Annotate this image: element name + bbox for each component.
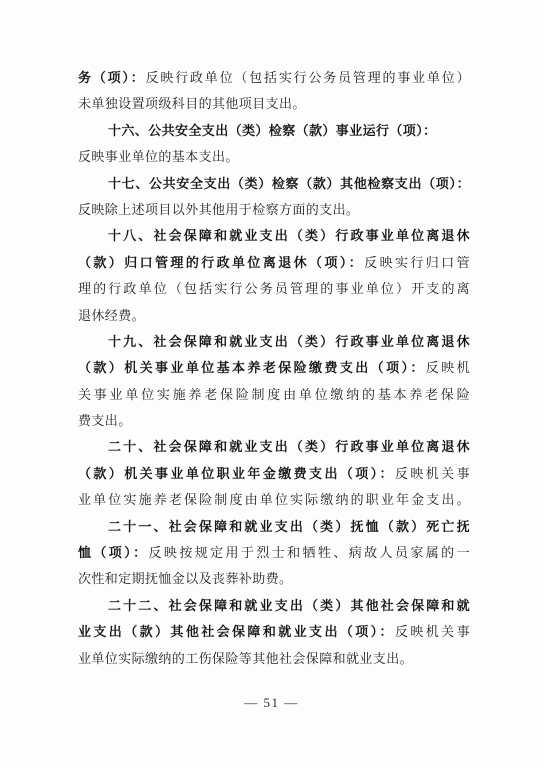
text-line: 务（项）：反映行政单位（包括实行公务员管理的事业单位） [78,65,470,91]
text-line: （款）机关事业单位基本养老保险缴费支出（项）：反映机 [78,355,470,381]
text-segment: 业单位实施养老保险制度由单位实际缴纳的职业年金支出。 [78,492,470,507]
text-segment: 未单独设置项级科目的其他项目支出。 [78,96,306,111]
text-line: 退休经费。 [78,303,470,329]
text-segment: 费支出。 [78,413,132,428]
text-line: 反映除上述项目以外其他用于检察方面的支出。 [78,197,470,223]
text-segment: 反映机 [426,360,470,375]
text-segment-heading: （款）机关事业单位基本养老保险缴费支出（项）： [78,360,426,375]
text-line: 业支出（款）其他社会保障和就业支出（项）：反映机关事 [78,619,470,645]
text-line: 十八、社会保障和就业支出（类）行政事业单位离退休 [78,223,470,249]
text-line: 恤（项）：反映按规定用于烈士和牺牲、病故人员家属的一 [78,540,470,566]
text-segment-heading: 十七、公共安全支出（类）检察（款）其他检察支出（项）： [108,176,470,191]
text-segment: 反映实行归口管 [364,255,470,270]
text-line: （款）机关事业单位职业年金缴费支出（项）：反映机关事 [78,461,470,487]
text-segment: 次性和定期抚恤金以及丧葬补助费。 [78,571,292,586]
text-line: 费支出。 [78,408,470,434]
text-segment: 反映行政单位（包括实行公务员管理的事业单位） [146,70,470,85]
text-line: 二十一、社会保障和就业支出（类）抚恤（款）死亡抚 [78,514,470,540]
text-segment: 业单位实际缴纳的工伤保险等其他社会保障和就业支出。 [78,651,413,666]
text-segment-heading: （款）归口管理的行政单位离退休（项）： [78,255,364,270]
text-segment: 反映机关事 [395,624,470,639]
text-segment-heading: 十八、社会保障和就业支出（类）行政事业单位离退休 [108,228,470,243]
text-segment: 理的行政单位（包括实行公务员管理的事业单位）开支的离 [78,281,470,296]
text-segment: 反映按规定用于烈士和牺牲、病故人员家属的一 [149,545,470,560]
text-segment: 反映机关事 [395,466,470,481]
text-line: 业单位实际缴纳的工伤保险等其他社会保障和就业支出。 [78,646,470,672]
text-line: 二十、社会保障和就业支出（类）行政事业单位离退休 [78,434,470,460]
page-number: — 51 — [0,695,543,711]
text-segment: 退休经费。 [78,308,145,323]
text-segment-heading: 务（项）： [78,70,146,85]
text-line: （款）归口管理的行政单位离退休（项）：反映实行归口管 [78,250,470,276]
text-segment-heading: （款）机关事业单位职业年金缴费支出（项）： [78,466,395,481]
text-segment: 反映除上述项目以外其他用于检察方面的支出。 [78,202,359,217]
text-segment-heading: 十六、公共安全支出（类）检察（款）事业运行（项）： [108,123,437,138]
text-line: 业单位实施养老保险制度由单位实际缴纳的职业年金支出。 [78,487,470,513]
text-line: 二十二、社会保障和就业支出（类）其他社会保障和就 [78,593,470,619]
text-segment: 反映事业单位的基本支出。 [78,149,239,164]
text-line: 关事业单位实施养老保险制度由单位缴纳的基本养老保险 [78,382,470,408]
text-line: 十六、公共安全支出（类）检察（款）事业运行（项）： [78,118,470,144]
text-line: 反映事业单位的基本支出。 [78,144,470,170]
text-segment-heading: 业支出（款）其他社会保障和就业支出（项）： [78,624,395,639]
text-segment-heading: 十九、社会保障和就业支出（类）行政事业单位离退休 [108,334,470,349]
text-line: 理的行政单位（包括实行公务员管理的事业单位）开支的离 [78,276,470,302]
text-segment-heading: 二十二、社会保障和就业支出（类）其他社会保障和就 [108,598,470,613]
document-body: 务（项）：反映行政单位（包括实行公务员管理的事业单位）未单独设置项级科目的其他项… [78,65,470,672]
text-line: 次性和定期抚恤金以及丧葬补助费。 [78,566,470,592]
text-segment-heading: 二十一、社会保障和就业支出（类）抚恤（款）死亡抚 [108,519,470,534]
document-page: 务（项）：反映行政单位（包括实行公务员管理的事业单位）未单独设置项级科目的其他项… [0,0,543,768]
text-line: 十七、公共安全支出（类）检察（款）其他检察支出（项）： [78,171,470,197]
text-line: 未单独设置项级科目的其他项目支出。 [78,91,470,117]
text-segment-heading: 二十、社会保障和就业支出（类）行政事业单位离退休 [108,439,470,454]
text-segment: 关事业单位实施养老保险制度由单位缴纳的基本养老保险 [78,387,470,402]
text-segment-heading: 恤（项）： [78,545,149,560]
text-line: 十九、社会保障和就业支出（类）行政事业单位离退休 [78,329,470,355]
